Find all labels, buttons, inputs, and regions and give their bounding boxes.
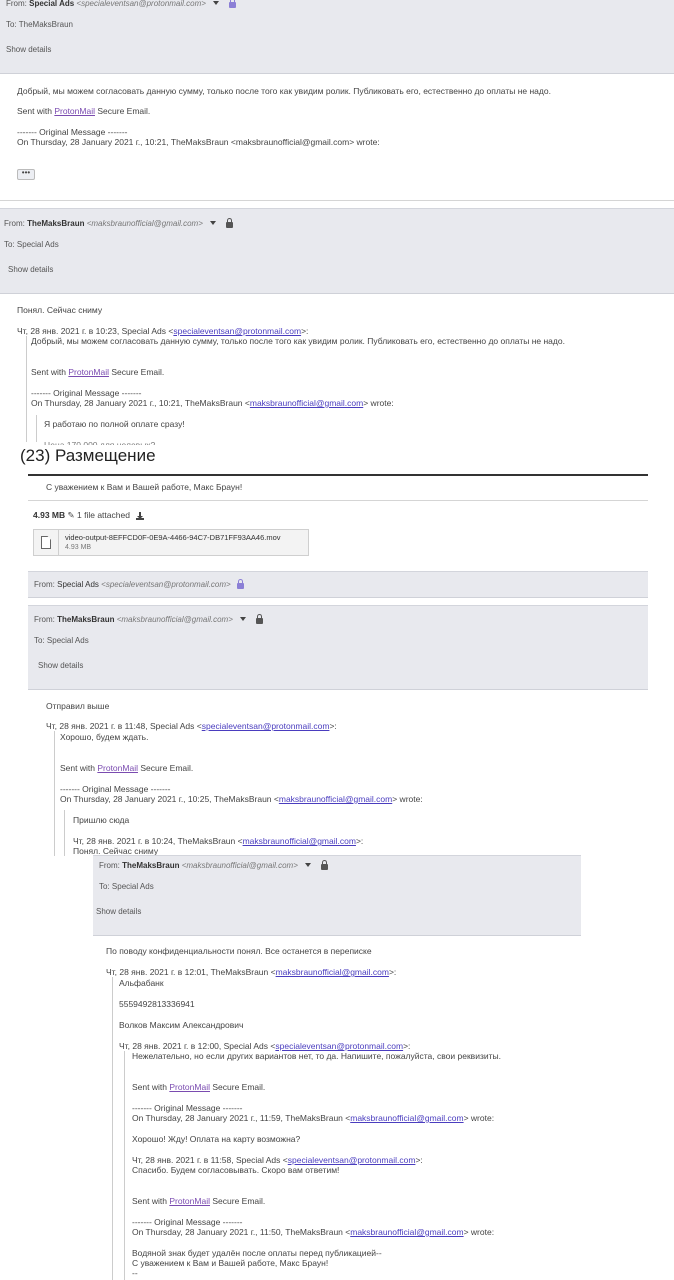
original-message-line: On Thursday, 28 January 2021 г., 10:21, … xyxy=(31,398,394,408)
inner-header-suffix: >: xyxy=(356,836,363,846)
sent-with-line: Sent with ProtonMail Secure Email. xyxy=(132,1196,265,1206)
recipient-name: Special Ads xyxy=(112,882,154,891)
quoted-body: Нежелательно, но если других вариантов н… xyxy=(132,1051,501,1061)
protonmail-link[interactable]: ProtonMail xyxy=(68,367,109,377)
quoted-body: Спасибо. Будем согласовывать. Скоро вам … xyxy=(132,1165,339,1175)
quote-header: Чт, 28 янв. 2021 г. в 11:58, Special Ads… xyxy=(132,1155,423,1165)
sent-with-text: Sent with xyxy=(31,367,66,377)
recipient-name: TheMaksBraun xyxy=(19,20,73,29)
quote-bar xyxy=(54,731,55,856)
quote-header-suffix: >: xyxy=(389,967,396,977)
protonmail-link[interactable]: ProtonMail xyxy=(169,1082,210,1092)
quoted-signature: С уважением к Вам и Вашей работе, Макс Б… xyxy=(132,1258,328,1268)
sent-with-line: Sent with ProtonMail Secure Email. xyxy=(17,106,150,116)
from-line: From: TheMaksBraun <maksbraunofficial@gm… xyxy=(99,861,328,870)
sender-email: <specialeventsan@protonmail.com> xyxy=(101,580,231,589)
from-line: From: TheMaksBraun <maksbraunofficial@gm… xyxy=(4,219,233,228)
sent-with-suffix: Secure Email. xyxy=(140,763,193,773)
sent-with-line: Sent with ProtonMail Secure Email. xyxy=(31,367,164,377)
quote-bar xyxy=(26,336,27,442)
to-line: To: Special Ads xyxy=(4,240,59,249)
sender-name: TheMaksBraun xyxy=(27,219,84,228)
show-details-link[interactable]: Show details xyxy=(6,45,51,54)
chevron-down-icon[interactable] xyxy=(240,617,246,621)
show-details-link[interactable]: Show details xyxy=(96,907,141,916)
quote-bar xyxy=(124,1051,125,1280)
to-line: To: Special Ads xyxy=(99,882,154,891)
quote-header-suffix: >: xyxy=(301,326,308,336)
quote-bar xyxy=(64,810,65,856)
show-details-link[interactable]: Show details xyxy=(38,661,83,670)
sender-email-link[interactable]: maksbraunofficial@gmail.com xyxy=(276,967,389,977)
divider xyxy=(28,500,648,501)
quoted-body: Добрый, мы можем согласовать данную сумм… xyxy=(31,336,565,346)
quote-header-text: Чт, 28 янв. 2021 г. в 10:23, Special Ads… xyxy=(17,326,173,336)
quote-header: Чт, 28 янв. 2021 г. в 12:01, TheMaksBrau… xyxy=(106,967,396,977)
protonmail-link[interactable]: ProtonMail xyxy=(169,1196,210,1206)
from-line: From: Special Ads <specialeventsan@proto… xyxy=(6,0,236,8)
from-label: From: xyxy=(6,0,27,8)
from-label: From: xyxy=(99,861,120,870)
message-body: Отправил выше xyxy=(46,701,109,711)
sender-email: <maksbraunofficial@gmail.com> xyxy=(87,219,203,228)
show-trimmed-button[interactable]: ••• xyxy=(17,169,35,180)
sender-email-link[interactable]: specialeventsan@protonmail.com xyxy=(288,1155,416,1165)
lock-icon xyxy=(226,222,233,228)
email-header: From: Special Ads <specialeventsan@proto… xyxy=(0,0,674,74)
orig-suffix: > wrote: xyxy=(363,398,393,408)
original-message-marker: ------- Original Message ------- xyxy=(17,127,128,137)
sent-with-line: Sent with ProtonMail Secure Email. xyxy=(60,763,193,773)
chevron-down-icon[interactable] xyxy=(210,221,216,225)
sender-name: TheMaksBraun xyxy=(122,861,179,870)
attachments-count: 1 file attached xyxy=(77,510,130,520)
sender-email-link[interactable]: maksbraunofficial@gmail.com xyxy=(279,794,392,804)
from-line: From: TheMaksBraun <maksbraunofficial@gm… xyxy=(34,615,263,624)
orig-text: On Thursday, 28 January 2021 г., 11:59, … xyxy=(132,1113,350,1123)
original-message-line: On Thursday, 28 January 2021 г., 11:59, … xyxy=(132,1113,494,1123)
protonmail-link[interactable]: ProtonMail xyxy=(54,106,95,116)
inner-quoted-text-cut: Цена 170 000 для целевых? xyxy=(44,440,155,445)
from-label: From: xyxy=(34,580,55,589)
inner-quoted-text: Пришлю сюда xyxy=(73,815,129,825)
message-body: По поводу конфиденциальности понял. Все … xyxy=(106,946,372,956)
sender-name: Special Ads xyxy=(57,580,99,589)
quoted-reply: Хорошо! Жду! Оплата на карту возможна? xyxy=(132,1134,300,1144)
original-message-line: On Thursday, 28 January 2021 г., 10:25, … xyxy=(60,794,423,804)
sender-name: TheMaksBraun xyxy=(57,615,114,624)
orig-text: On Thursday, 28 January 2021 г., 11:50, … xyxy=(132,1227,350,1237)
quote-header: Чт, 28 янв. 2021 г. в 11:48, Special Ads… xyxy=(46,721,337,731)
paperclip-icon: ✎ xyxy=(68,510,75,520)
sender-email: <specialeventsan@protonmail.com> xyxy=(76,0,206,8)
quote-header-text: Чт, 28 янв. 2021 г. в 12:01, TheMaksBrau… xyxy=(106,967,276,977)
sent-with-suffix: Secure Email. xyxy=(212,1082,265,1092)
from-label: From: xyxy=(4,219,25,228)
sent-with-text: Sent with xyxy=(17,106,52,116)
show-details-link[interactable]: Show details xyxy=(8,265,53,274)
original-message-marker: ------- Original Message ------- xyxy=(60,784,171,794)
to-label: To: xyxy=(99,882,110,891)
quoted-reply: Водяной знак будет удалён после оплаты п… xyxy=(132,1248,382,1258)
bank-name: Альфабанк xyxy=(119,978,164,988)
inner-quoted-text: Я работаю по полной оплате сразу! xyxy=(44,419,185,429)
sender-email-link[interactable]: specialeventsan@protonmail.com xyxy=(202,721,330,731)
original-message-marker: ------- Original Message ------- xyxy=(132,1103,243,1113)
inner-quote-header: Чт, 28 янв. 2021 г. в 10:24, TheMaksBrau… xyxy=(73,836,363,846)
lock-icon xyxy=(229,2,236,8)
chevron-down-icon[interactable] xyxy=(213,1,219,5)
to-line: To: Special Ads xyxy=(34,636,89,645)
orig-suffix: > wrote: xyxy=(392,794,422,804)
sender-email-link[interactable]: maksbraunofficial@gmail.com xyxy=(350,1227,463,1237)
lock-icon xyxy=(256,618,263,624)
quote-bar xyxy=(112,977,113,1280)
sender-email: <maksbraunofficial@gmail.com> xyxy=(182,861,298,870)
quote-header-text: Чт, 28 янв. 2021 г. в 12:00, Special Ads… xyxy=(119,1041,275,1051)
recipient-name: Special Ads xyxy=(47,636,89,645)
original-message-line: On Thursday, 28 January 2021 г., 10:21, … xyxy=(17,137,380,147)
sender-email-link[interactable]: specialeventsan@protonmail.com xyxy=(173,326,301,336)
sender-email: <maksbraunofficial@gmail.com> xyxy=(117,615,233,624)
to-label: To: xyxy=(4,240,15,249)
quote-header: Чт, 28 янв. 2021 г. в 12:00, Special Ads… xyxy=(119,1041,410,1051)
sent-with-suffix: Secure Email. xyxy=(111,367,164,377)
quoted-body: Хорошо, будем ждать. xyxy=(60,732,148,742)
protonmail-link[interactable]: ProtonMail xyxy=(97,763,138,773)
lock-icon xyxy=(321,864,328,870)
quote-header-text: Чт, 28 янв. 2021 г. в 11:58, Special Ads… xyxy=(132,1155,288,1165)
quote-header-text: Чт, 28 янв. 2021 г. в 11:48, Special Ads… xyxy=(46,721,202,731)
sent-with-text: Sent with xyxy=(132,1082,167,1092)
attachments-summary: 4.93 MB ✎ 1 file attached xyxy=(33,510,144,521)
recipient-name: Special Ads xyxy=(17,240,59,249)
email-header: From: TheMaksBraun <maksbraunofficial@gm… xyxy=(0,208,674,294)
sender-name: Special Ads xyxy=(29,0,74,8)
signature-separator: -- xyxy=(132,1268,138,1278)
orig-text: On Thursday, 28 January 2021 г., 10:21, … xyxy=(31,398,250,408)
download-icon[interactable] xyxy=(136,512,144,520)
sender-email-link[interactable]: maksbraunofficial@gmail.com xyxy=(250,398,363,408)
quote-header-suffix: >: xyxy=(329,721,336,731)
from-line: From: Special Ads <specialeventsan@proto… xyxy=(34,580,244,589)
card-holder: Волков Максим Александрович xyxy=(119,1020,243,1030)
from-label: From: xyxy=(34,615,55,624)
quote-header-suffix: >: xyxy=(403,1041,410,1051)
to-line: To: TheMaksBraun xyxy=(6,20,73,29)
to-label: To: xyxy=(6,20,17,29)
lock-icon xyxy=(237,583,244,589)
sent-with-suffix: Secure Email. xyxy=(97,106,150,116)
orig-suffix: > wrote: xyxy=(464,1113,494,1123)
file-icon xyxy=(41,536,51,549)
signature: С уважением к Вам и Вашей работе, Макс Б… xyxy=(46,482,242,492)
to-label: To: xyxy=(34,636,45,645)
sender-email-link[interactable]: specialeventsan@protonmail.com xyxy=(275,1041,403,1051)
page-title: (23) Размещение xyxy=(20,446,156,466)
file-name: video-output-8EFFCD0F-0E9A-4466-94C7-DB7… xyxy=(65,533,281,543)
message-body: Добрый, мы можем согласовать данную сумм… xyxy=(17,86,551,96)
quote-header-suffix: >: xyxy=(415,1155,422,1165)
file-size: 4.93 MB xyxy=(65,543,281,553)
quote-header: Чт, 28 янв. 2021 г. в 10:23, Special Ads… xyxy=(17,326,308,336)
inner-header-text: Чт, 28 янв. 2021 г. в 10:24, TheMaksBrau… xyxy=(73,836,243,846)
chevron-down-icon[interactable] xyxy=(305,863,311,867)
email-header-collapsed[interactable]: From: Special Ads <specialeventsan@proto… xyxy=(28,571,648,598)
message-body: Понял. Сейчас сниму xyxy=(17,305,102,315)
orig-suffix: > wrote: xyxy=(464,1227,494,1237)
sender-email-link[interactable]: maksbraunofficial@gmail.com xyxy=(350,1113,463,1123)
attachment-file[interactable]: video-output-8EFFCD0F-0E9A-4466-94C7-DB7… xyxy=(33,529,309,556)
original-message-line: On Thursday, 28 January 2021 г., 11:50, … xyxy=(132,1227,494,1237)
attachments-total-size: 4.93 MB xyxy=(33,510,65,520)
orig-text: On Thursday, 28 January 2021 г., 10:25, … xyxy=(60,794,279,804)
sent-with-line: Sent with ProtonMail Secure Email. xyxy=(132,1082,265,1092)
sender-email-link[interactable]: maksbraunofficial@gmail.com xyxy=(243,836,356,846)
original-message-marker: ------- Original Message ------- xyxy=(31,388,142,398)
divider xyxy=(0,200,674,201)
sent-with-text: Sent with xyxy=(60,763,95,773)
original-message-marker: ------- Original Message ------- xyxy=(132,1217,243,1227)
email-header: From: TheMaksBraun <maksbraunofficial@gm… xyxy=(28,605,648,690)
title-rule xyxy=(28,474,648,476)
sent-with-suffix: Secure Email. xyxy=(212,1196,265,1206)
quote-bar xyxy=(36,415,37,442)
inner-quoted-body: Понял. Сейчас сниму xyxy=(73,846,158,855)
email-header: From: TheMaksBraun <maksbraunofficial@gm… xyxy=(93,855,581,936)
sent-with-text: Sent with xyxy=(132,1196,167,1206)
card-number: 5559492813336941 xyxy=(119,999,195,1009)
